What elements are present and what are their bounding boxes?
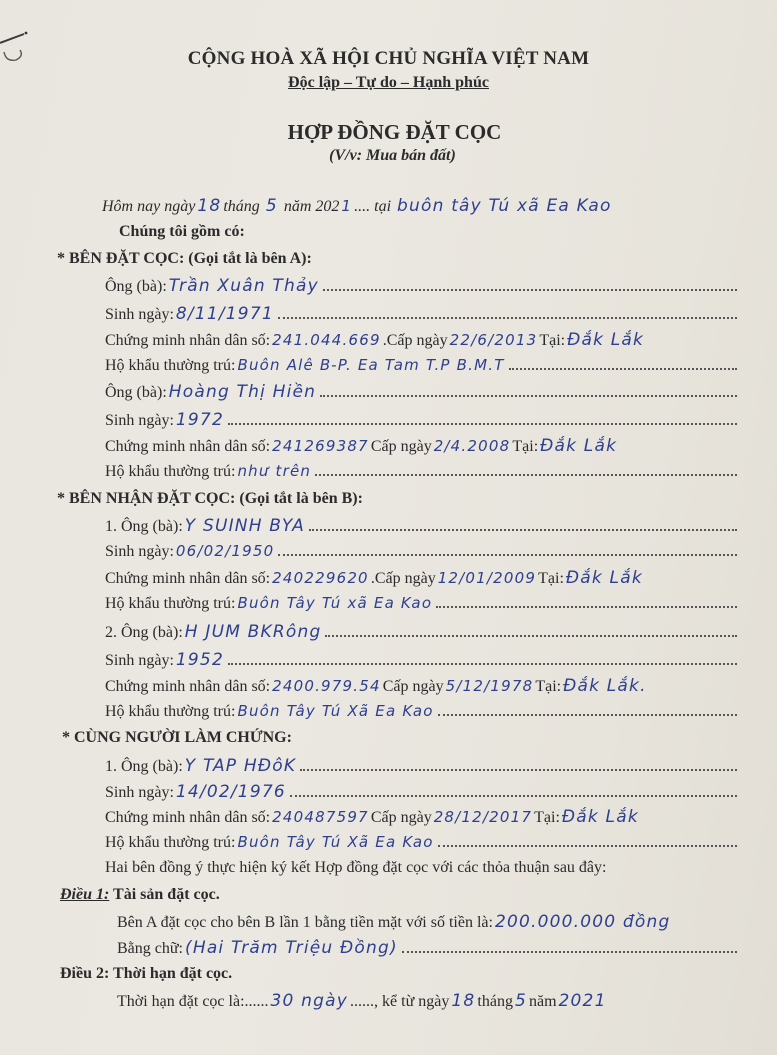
dotted-line [325,635,737,637]
today-label: Hôm nay ngày [102,198,195,216]
party-b-1-dob-line: Sinh ngày: 06/02/1950 [105,542,737,561]
id-label: Chứng minh nhân dân số: [105,438,270,456]
party-b-1-residence: Buôn Tây Tú xã Ea Kao [235,594,434,612]
party-a-2-residence: như trên [235,462,313,480]
witness-1-dob-line: Sinh ngày: 14/02/1976 [105,782,737,802]
issued-at-label: Tại: [539,332,565,350]
id-label: Chứng minh nhân dân số: [105,332,270,350]
party-a-1-issued: 22/6/2013 [448,331,540,349]
party-b-2-id: 2400.979.54 [270,677,383,695]
dob-label: Sinh ngày: [105,543,174,561]
dotted-line [300,769,737,771]
term-from-month: 5 [513,991,529,1011]
parties-label: Chúng tôi gồm có: [119,223,245,241]
dob-label: Sinh ngày: [105,652,174,670]
id-label: Chứng minh nhân dân số: [105,809,270,827]
party-a-1-dob-line: Sinh ngày: 8/11/1971 [105,304,737,324]
party-b-1-name: Y SUINH BYA [183,516,307,536]
amount-label: Bên A đặt cọc cho bên B lần 1 bằng tiền … [117,914,493,932]
party-b-1-id-line: Chứng minh nhân dân số: 240229620 .Cấp n… [105,568,645,588]
from-label: , kể từ ngày [374,993,449,1011]
words-label: Bằng chữ: [117,940,183,958]
dotted-line [320,395,737,397]
month-label: tháng [477,993,513,1011]
party-a-1-name: Trần Xuân Thảy [167,276,321,296]
issued-label: .Cấp ngày [383,332,448,350]
party-b-2-residence-line: Hộ khẩu thường trú: Buôn Tây Tú Xã Ea Ka… [105,702,737,721]
at-label: tại [374,198,391,216]
year-dots: .... [354,198,370,216]
term-label: Thời hạn đặt cọc là: [117,993,245,1011]
name-label: 1. Ông (bà): [105,758,183,776]
name-label: 2. Ông (bà): [105,624,183,642]
residence-label: Hộ khẩu thường trú: [105,834,235,852]
issued-at-label: Tại: [534,809,560,827]
article-1-label: Điều 1: [60,886,109,903]
party-a-2-name: Hoàng Thị Hiền [167,382,318,402]
party-b-2-name: H JUM BKRông [183,622,324,642]
party-b-1-issued-at: Đắk Lắk [564,568,645,588]
article-2-heading: Điều 2: Thời hạn đặt cọc. [60,965,232,983]
party-a-1-dob: 8/11/1971 [174,304,276,324]
month-label: tháng [223,198,259,216]
name-label: 1. Ông (bà): [105,518,183,536]
party-a-1-residence-line: Hộ khẩu thường trú: Buôn Alê B-P. Ea Tam… [105,356,737,375]
contract-year-suffix: 1 [339,197,354,215]
party-a-2-issued: 2/4.2008 [432,437,513,455]
id-label: Chứng minh nhân dân số: [105,570,270,588]
party-a-2-dob-line: Sinh ngày: 1972 [105,410,737,430]
residence-label: Hộ khẩu thường trú: [105,703,235,721]
party-b-2-issued-at: Đắk Lắk. [561,676,649,696]
issued-label: Cấp ngày [371,438,432,456]
dotted-line [278,317,737,319]
dotted-line [402,951,737,953]
witness-heading: * CÙNG NGƯỜI LÀM CHỨNG: [62,729,292,747]
contract-title: HỢP ĐỒNG ĐẶT CỌC [6,120,777,145]
residence-label: Hộ khẩu thường trú: [105,595,235,613]
party-b-1-id: 240229620 [270,569,371,587]
article-1-heading: Điều 1: Tài sản đặt cọc. [60,886,220,904]
issued-at-label: Tại: [512,438,538,456]
dotted-line [438,845,737,847]
deposit-amount-words: (Hai Trăm Triệu Đồng) [183,938,400,958]
party-b-heading: * BÊN NHẬN ĐẶT CỌC: (Gọi tắt là bên B): [57,490,363,508]
party-a-1-id-line: Chứng minh nhân dân số: 241.044.669 .Cấp… [105,330,646,350]
dotted-line [509,368,737,370]
party-a-2-dob: 1972 [174,410,226,430]
deposit-term: 30 ngày [269,991,350,1011]
residence-label: Hộ khẩu thường trú: [105,463,235,481]
deposit-term-line: Thời hạn đặt cọc là: ...... 30 ngày ....… [117,991,609,1011]
contract-month: 5 [264,196,280,216]
deposit-amount: 200.000.000 đồng [493,912,673,932]
witness-1-id: 240487597 [270,808,371,826]
term-from-day: 18 [449,991,477,1011]
witness-1-name: Y TAP HĐôK [183,756,298,776]
id-label: Chứng minh nhân dân số: [105,678,270,696]
witness-1-dob: 14/02/1976 [174,782,288,802]
party-b-2-dob: 1952 [174,650,226,670]
contract-place: buôn tây Tú xã Ea Kao [395,196,614,216]
name-label: Ông (bà): [105,278,167,296]
dotted-line [290,795,737,797]
witness-1-issued-at: Đắk Lắk [560,807,641,827]
dotted-line [438,714,737,716]
party-a-2-residence-line: Hộ khẩu thường trú: như trên [105,462,737,481]
year-label: năm 202 [284,198,340,216]
party-b-2-dob-line: Sinh ngày: 1952 [105,650,737,670]
party-a-1-name-line: Ông (bà): Trần Xuân Thảy [105,276,737,296]
party-b-2-residence: Buôn Tây Tú Xã Ea Kao [235,702,435,720]
national-motto: Độc lập – Tự do – Hạnh phúc [0,74,777,92]
dotted-line [315,474,737,476]
contract-subtitle: (V/v: Mua bán đất) [4,147,777,165]
witness-1-id-line: Chứng minh nhân dân số: 240487597 Cấp ng… [105,807,641,827]
dotted-line [228,663,737,665]
party-a-1-id: 241.044.669 [270,331,383,349]
dob-label: Sinh ngày: [105,306,174,324]
deposit-amount-line: Bên A đặt cọc cho bên B lần 1 bằng tiền … [117,912,672,932]
issued-at-label: Tại: [538,570,564,588]
name-label: Ông (bà): [105,384,167,402]
witness-1-residence: Buôn Tây Tú Xã Ea Kao [235,833,435,851]
issued-label: .Cấp ngày [371,570,436,588]
agreement-line: Hai bên đồng ý thực hiện ký kết Hợp đồng… [105,859,606,877]
dotted-line [309,529,737,531]
dotted-line [228,423,737,425]
motto-text: Độc lập – Tự do – Hạnh phúc [288,74,489,91]
issued-at-label: Tại: [535,678,561,696]
party-a-heading: * BÊN ĐẶT CỌC: (Gọi tắt là bên A): [57,250,312,268]
party-a-2-issued-at: Đắk Lắk [538,436,619,456]
term-from-year: 2021 [557,991,609,1011]
party-a-2-id: 241269387 [270,437,371,455]
witness-1-issued: 28/12/2017 [432,808,534,826]
party-b-2-name-line: 2. Ông (bà): H JUM BKRông [105,622,737,642]
dob-label: Sinh ngày: [105,412,174,430]
dotted-line [323,289,737,291]
article-1-title: Tài sản đặt cọc. [113,886,220,903]
article-2-title: Thời hạn đặt cọc. [113,965,232,982]
witness-1-name-line: 1. Ông (bà): Y TAP HĐôK [105,756,737,776]
dotted-line [436,606,737,608]
deposit-words-line: Bằng chữ: (Hai Trăm Triệu Đồng) [117,938,737,958]
party-a-1-issued-at: Đắk Lắk [565,330,646,350]
contract-day: 18 [195,196,223,216]
residence-label: Hộ khẩu thường trú: [105,357,235,375]
republic-heading: CỘNG HOÀ XÃ HỘI CHỦ NGHĨA VIỆT NAM [0,48,777,70]
dotted-line [278,554,737,556]
party-b-1-issued: 12/01/2009 [436,569,538,587]
agreement-text: Hai bên đồng ý thực hiện ký kết Hợp đồng… [105,859,606,877]
party-a-1-residence: Buôn Alê B-P. Ea Tam T.P B.M.T [235,356,506,374]
party-b-2-issued: 5/12/1978 [444,677,536,695]
party-b-1-residence-line: Hộ khẩu thường trú: Buôn Tây Tú xã Ea Ka… [105,594,737,613]
party-a-2-name-line: Ông (bà): Hoàng Thị Hiền [105,382,737,402]
party-a-2-id-line: Chứng minh nhân dân số: 241269387 Cấp ng… [105,436,619,456]
witness-1-residence-line: Hộ khẩu thường trú: Buôn Tây Tú Xã Ea Ka… [105,833,737,852]
intro-date-line: Hôm nay ngày 18 tháng 5 năm 2021.... tại… [102,196,614,216]
year-label: năm [529,993,557,1011]
issued-label: Cấp ngày [383,678,444,696]
issued-label: Cấp ngày [371,809,432,827]
article-2-label: Điều 2: [60,965,109,982]
dob-label: Sinh ngày: [105,784,174,802]
party-b-2-id-line: Chứng minh nhân dân số: 2400.979.54 Cấp … [105,676,649,696]
party-b-1-name-line: 1. Ông (bà): Y SUINH BYA [105,516,737,536]
party-b-1-dob: 06/02/1950 [174,542,276,560]
